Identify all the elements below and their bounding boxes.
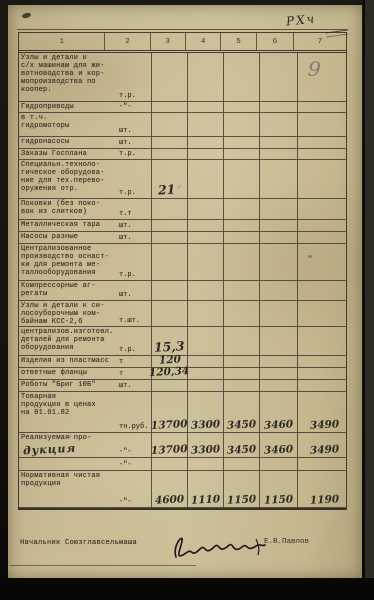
handwritten-value: 1150 (264, 493, 294, 508)
unit-label: т.р. (119, 189, 136, 197)
value-cell: 3490 (297, 433, 351, 457)
signature-title: Начальник Союзглавсельмаша (20, 539, 137, 547)
handwritten-value: 3300 (191, 443, 221, 458)
column-header: 4 (185, 33, 220, 50)
value-cell (187, 281, 223, 300)
scan-right-edge (363, 0, 374, 578)
handwritten-value: 3490 (310, 443, 340, 458)
value-cell (259, 160, 297, 198)
column-header: 3 (150, 33, 185, 50)
document-paper: РХч 9 1234567 Узлы и детали к с/х машина… (8, 5, 362, 578)
value-cell (297, 199, 351, 219)
unit-label: шт. (119, 234, 132, 242)
column-header: 2 (104, 33, 149, 50)
value-cell (297, 301, 351, 326)
value-cell (259, 121, 297, 136)
unit-label: -"- (119, 498, 132, 506)
table-row: Реализуемая про-дукция-"-137003300345034… (19, 433, 346, 458)
table-row: Узлы и детали к си- лосоуборочным ком- б… (19, 301, 346, 327)
value-cell (259, 199, 297, 219)
handwritten-value: 1150 (227, 493, 257, 508)
row-label-cell: Товарная продукция в ценах на 01.01.82тн… (19, 392, 151, 432)
row-label-cell: Реализуемая про-дукция-"- (19, 433, 151, 457)
value-cell: 1190 (297, 471, 351, 507)
row-label-cell: Нормативная чистая продукция-"- (19, 471, 151, 507)
value-cell (297, 220, 351, 231)
value-cell (297, 244, 351, 280)
handwritten-corner-mark: РХч (285, 11, 316, 28)
unit-label: -"- (119, 103, 132, 111)
value-cell (151, 220, 187, 231)
value-cell: 15,3 (151, 327, 187, 355)
unit-label: т.р. (119, 92, 136, 100)
row-label-cell: Специальн.техноло- гическое оборудова- н… (19, 160, 151, 198)
unit-label: т.р. (119, 150, 136, 158)
value-cell (187, 137, 223, 148)
value-cell (297, 232, 351, 243)
value-cell (223, 160, 259, 198)
value-cell: 3490 (297, 392, 351, 432)
value-cell (151, 244, 187, 280)
value-cell (151, 102, 187, 112)
handwritten-value: 3450 (227, 443, 257, 458)
row-label-cell: Металлическая тарашт. (19, 220, 151, 231)
value-cell (187, 102, 223, 112)
value-cell (297, 113, 351, 121)
unit-label: т (119, 370, 123, 378)
value-cell (223, 199, 259, 219)
row-label: Товарная продукция в ценах на 01.01.82 (19, 392, 151, 417)
value-cell (151, 380, 187, 391)
value-cell (223, 102, 259, 112)
handwritten-value: 120,34 (149, 365, 190, 380)
row-label-cell: -"- (19, 458, 151, 470)
value-cell (187, 301, 223, 326)
value-cell (223, 149, 259, 159)
value-cell (223, 368, 259, 379)
value-cell (187, 220, 223, 231)
signer-name: Е.В.Павлов (264, 538, 309, 546)
value-cell (223, 121, 259, 136)
value-cell (187, 199, 223, 219)
value-cell: 1110 (187, 471, 223, 507)
value-cell (151, 458, 187, 470)
unit-label: шт. (119, 382, 132, 390)
value-cell (187, 380, 223, 391)
value-cell (259, 327, 297, 355)
handwritten-value: 3460 (264, 418, 294, 433)
table-row: Товарная продукция в ценах на 01.01.82тн… (19, 392, 346, 433)
handwritten-value: 1190 (310, 493, 340, 508)
signature-scribble (170, 531, 268, 565)
unit-label: тн.руб. (119, 423, 148, 431)
value-cell: 3300 (187, 433, 223, 457)
row-label-cell: Гидроприводы-"- (19, 102, 151, 112)
unit-label: т.т (119, 210, 132, 218)
value-cell (297, 149, 351, 159)
row-label: Узлы и детали к с/х машинам для жи- вотн… (19, 53, 151, 94)
value-cell (187, 327, 223, 355)
value-cell (297, 121, 351, 136)
column-header: 5 (220, 33, 255, 50)
value-cell (151, 301, 187, 326)
table-row: централизов.изготовл. деталей для ремонт… (19, 327, 346, 356)
value-cell (297, 458, 351, 470)
value-cell: 120,34 (151, 368, 187, 379)
table-row: Централизованное производство оснаст- ки… (19, 244, 346, 281)
value-cell (297, 160, 351, 198)
value-cell (223, 232, 259, 243)
value-cell (297, 327, 351, 355)
table-row: гидронасосышт. (19, 137, 346, 149)
row-label-cell: ответные фланцыт (19, 368, 151, 379)
value-cell: 3460 (259, 392, 297, 432)
row-label-cell: Изделия из пластмасст (19, 356, 151, 367)
value-cell (259, 232, 297, 243)
handwritten-value: 4600 (155, 493, 185, 508)
value-cell: 13700 (151, 392, 187, 432)
value-cell (259, 137, 297, 148)
value-cell: 3300 (187, 392, 223, 432)
table-row: Металлическая тарашт. (19, 220, 346, 232)
handwritten-value: 3450 (227, 418, 257, 433)
row-label-cell: Насосы разныешт. (19, 232, 151, 243)
value-cell: 1150 (223, 471, 259, 507)
value-cell (187, 232, 223, 243)
row-label: Реализуемая про- (19, 433, 151, 442)
value-cell (259, 149, 297, 159)
value-cell (223, 281, 259, 300)
table-row: Насосы разныешт. (19, 232, 346, 244)
table-row: Нормативная чистая продукция-"-460011101… (19, 471, 346, 508)
value-cell (151, 53, 187, 101)
value-cell (297, 137, 351, 148)
value-cell (223, 244, 259, 280)
row-label-cell: Поковки (без поко- вок из слитков)т.т (19, 199, 151, 219)
unit-label: т.шт. (119, 317, 140, 325)
value-cell (151, 113, 187, 121)
table-row: Заказы Госпланат.р. (19, 149, 346, 160)
value-cell (259, 368, 297, 379)
value-cell (297, 53, 351, 101)
value-cell (223, 53, 259, 101)
row-label: Изделия из пластмасс (19, 356, 151, 365)
table-row: Поковки (без поко- вок из слитков)т.т (19, 199, 346, 220)
value-cell (151, 199, 187, 219)
row-label-cell: Заказы Госпланат.р. (19, 149, 151, 159)
handwritten-value: 13700 (151, 418, 188, 433)
value-cell (187, 160, 223, 198)
table-row: Компрессорные аг- регатышт. (19, 281, 346, 301)
unit-label: т (119, 358, 123, 366)
value-cell (223, 113, 259, 121)
footer-rule (10, 565, 196, 566)
value-cell: 3450 (223, 392, 259, 432)
value-cell (297, 356, 351, 367)
handwritten-value: 3300 (191, 418, 221, 433)
value-cell (259, 301, 297, 326)
handwritten-value: 3490 (310, 418, 340, 433)
value-cell (151, 281, 187, 300)
value-cell (187, 458, 223, 470)
value-cell: 3460 (259, 433, 297, 457)
table-row: Роботы "Бриг 10Б"шт. (19, 380, 346, 392)
unit-label: шт. (119, 127, 132, 135)
value-cell (259, 244, 297, 280)
value-cell (187, 368, 223, 379)
value-cell (259, 102, 297, 112)
handwritten-value: 1110 (191, 493, 221, 508)
value-cell (187, 121, 223, 136)
value-cell (187, 244, 223, 280)
value-cell (223, 220, 259, 231)
value-cell (259, 380, 297, 391)
value-cell (151, 121, 187, 136)
value-cell (223, 301, 259, 326)
value-cell (187, 113, 223, 121)
value-cell (297, 281, 351, 300)
value-cell (259, 356, 297, 367)
handwritten-value: 3460 (264, 443, 294, 458)
row-label: ответные фланцы (19, 368, 151, 377)
handwritten-value: 21 (157, 182, 175, 199)
value-cell (259, 53, 297, 101)
plan-table: 1234567 Узлы и детали к с/х машинам для … (18, 32, 347, 510)
table-row: Гидроприводы-"- (19, 102, 346, 113)
row-label (19, 458, 151, 459)
value-cell: 1150 (259, 471, 297, 507)
column-header: 7 (293, 33, 346, 50)
row-label-cell: централизов.изготовл. деталей для ремонт… (19, 327, 151, 355)
unit-label: -"- (119, 461, 132, 469)
value-cell (151, 232, 187, 243)
handwritten-label-part: дукция (23, 442, 77, 459)
row-label-cell: Узлы и детали к с/х машинам для жи- вотн… (19, 53, 151, 101)
ink-blotch (22, 12, 32, 19)
value-cell: 13700 (151, 433, 187, 457)
value-cell (297, 380, 351, 391)
value-cell (223, 458, 259, 470)
value-cell (223, 327, 259, 355)
unit-label: -"- (119, 448, 132, 456)
column-header: 1 (19, 33, 104, 50)
value-cell (151, 137, 187, 148)
unit-label: шт. (119, 139, 132, 147)
row-label-cell: гидромоторышт. (19, 121, 151, 136)
unit-label: шт. (119, 291, 132, 299)
value-cell (297, 368, 351, 379)
value-cell (187, 149, 223, 159)
value-cell: 21✓ (151, 160, 187, 198)
value-cell: 4600 (151, 471, 187, 507)
table-row: ответные фланцыт120,34 (19, 368, 346, 380)
column-header: 6 (256, 33, 293, 50)
value-cell (187, 53, 223, 101)
value-cell (223, 356, 259, 367)
value-cell (187, 356, 223, 367)
row-label-cell: гидронасосышт. (19, 137, 151, 148)
unit-label: т.р. (119, 271, 136, 279)
value-cell (259, 113, 297, 121)
table-header-row: 1234567 (19, 33, 346, 53)
value-cell (259, 220, 297, 231)
check-mark: ✓ (177, 183, 181, 192)
row-label-cell: в т.ч. (19, 113, 151, 121)
unit-label: т.р. (119, 346, 136, 354)
value-cell (259, 458, 297, 470)
table-row: в т.ч. (19, 113, 346, 121)
handwritten-value: 13700 (151, 443, 188, 458)
value-cell (223, 380, 259, 391)
row-label-cell: Централизованное производство оснаст- ки… (19, 244, 151, 280)
row-label-cell: Узлы и детали к си- лосоуборочным ком- б… (19, 301, 151, 326)
table-row: Специальн.техноло- гическое оборудова- н… (19, 160, 346, 199)
table-row: Узлы и детали к с/х машинам для жи- вотн… (19, 53, 346, 102)
value-cell (151, 149, 187, 159)
row-label: Нормативная чистая продукция (19, 471, 151, 488)
unit-label: шт. (119, 222, 132, 230)
table-body: Узлы и детали к с/х машинам для жи- вотн… (19, 53, 346, 508)
value-cell (259, 281, 297, 300)
row-label-cell: Компрессорные аг- регатышт. (19, 281, 151, 300)
value-cell: 3450 (223, 433, 259, 457)
value-cell (297, 102, 351, 112)
table-row: -"- (19, 458, 346, 471)
table-row: гидромоторышт. (19, 121, 346, 137)
value-cell (223, 137, 259, 148)
row-label-cell: Роботы "Бриг 10Б"шт. (19, 380, 151, 391)
